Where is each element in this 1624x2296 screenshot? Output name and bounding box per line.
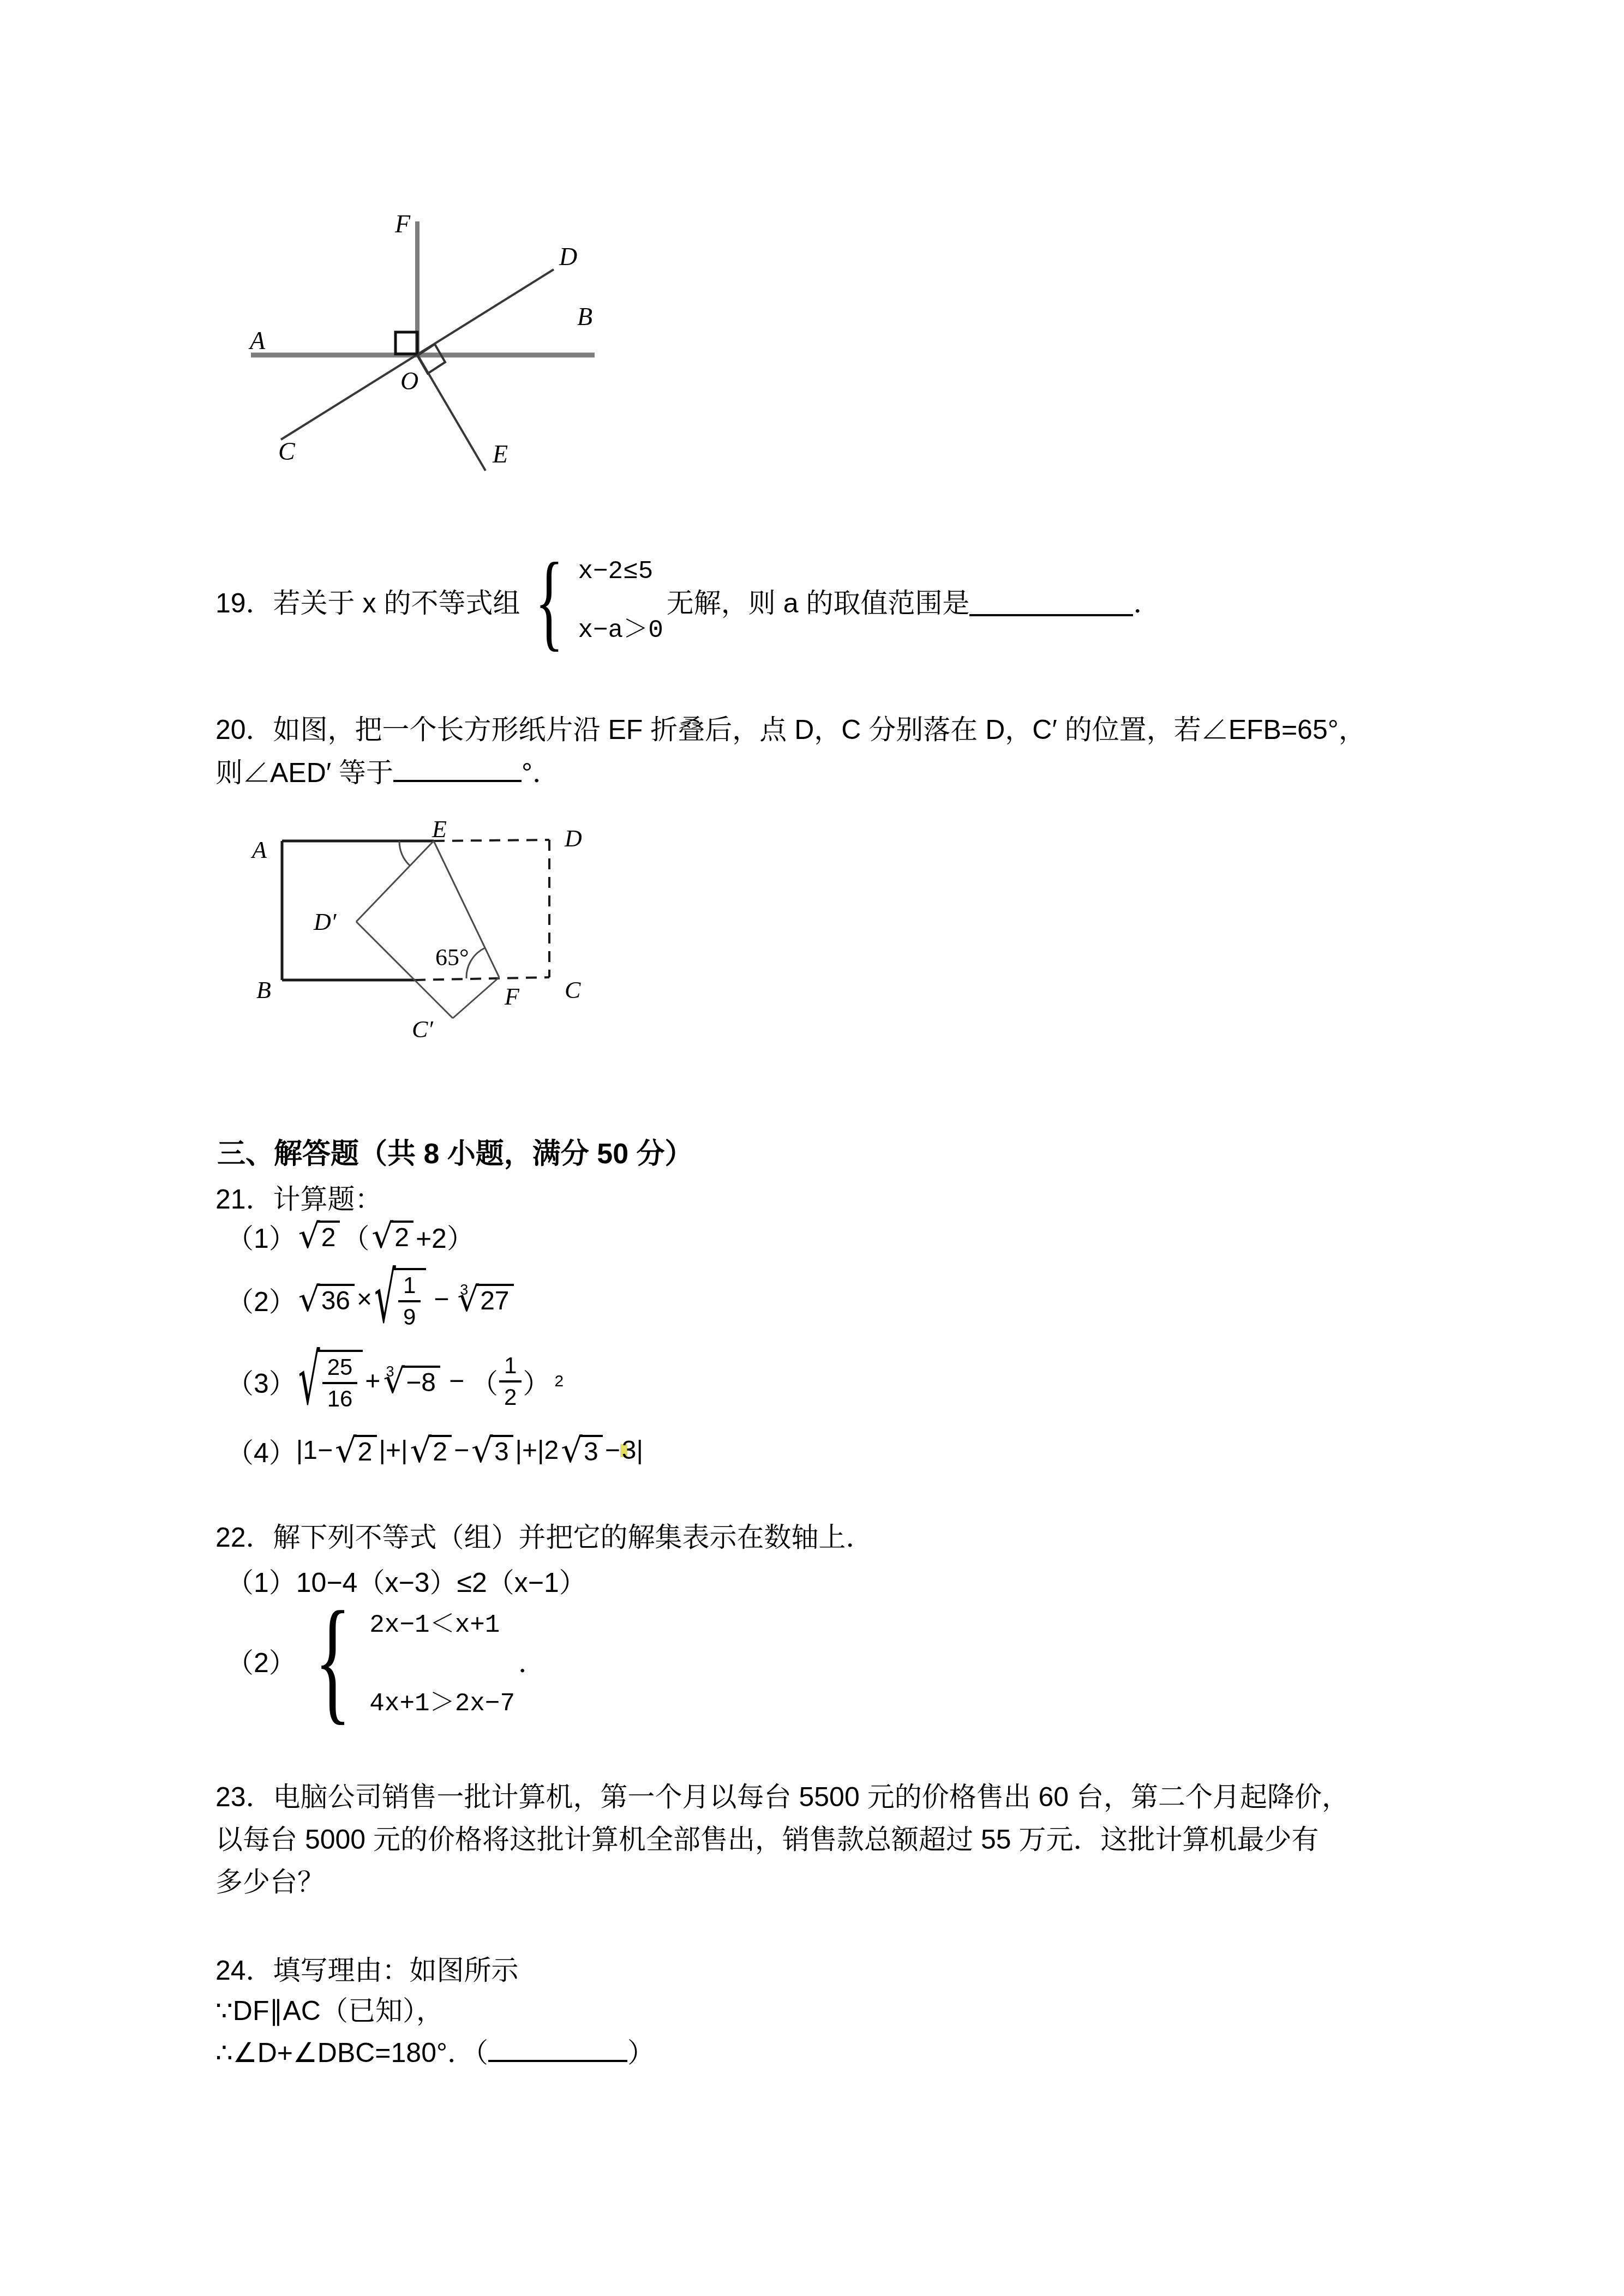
q23-line-3: 多少台？ (215, 1861, 1349, 1903)
left-brace: { (314, 1598, 351, 1723)
q21-item-3: （3） √2516 + 3√−8 − （ 12 ） 2 (226, 1342, 564, 1421)
cube-root-27: 3√27 (457, 1284, 513, 1315)
q21-item-4: （4） |1− √2 |+| √2 − √3 |+|2 √3 − 3| (226, 1425, 643, 1476)
q19-answer-blank (969, 586, 1133, 617)
sqrt-3: √3 (471, 1435, 513, 1466)
question-19: 19．若关于 x 的不等式组 { x−2≤5 x−a＞0 无解，则 a 的取值范… (215, 552, 1160, 650)
fraction-1-2: 12 (499, 1352, 522, 1410)
question-20: 20．如图，把一个长方形纸片沿 EF 折叠后，点 D，C 分别落在 D，C′ 的… (215, 708, 1366, 794)
point-label-F: F (394, 210, 411, 238)
cube-root-neg-8: 3√−8 (382, 1366, 440, 1397)
q22-item-2: （2） { 2x−1＜x+1 4x+1＞2x−7 ． (226, 1606, 546, 1715)
point-label-A: A (248, 327, 266, 354)
exam-page: F D A B O C E 19．若关于 x 的不等式组 { x−2≤5 x−a… (0, 0, 1624, 2296)
question-23: 23．电脑公司销售一批计算机，第一个月以每台 5500 元的价格售出 60 台，… (215, 1776, 1349, 1903)
q19-period: ． (1133, 581, 1160, 621)
point-label-A: A (250, 837, 267, 863)
figure-lines-through-point-O: F D A B O C E (240, 206, 600, 501)
root-index: 3 (386, 1363, 394, 1380)
dashed-edge-FC (415, 977, 549, 980)
right-angle-mark-DOE (417, 344, 445, 374)
radical-sign: √ (298, 1348, 320, 1413)
q23-line-2: 以每台 5000 元的价格将这批计算机全部售出，销售款总额超过 55 万元．这批… (215, 1818, 1349, 1861)
point-label-F: F (504, 983, 520, 1010)
point-label-O: O (400, 367, 418, 395)
dashed-edge-ED (434, 840, 549, 841)
angle-arc-at-E (399, 841, 410, 865)
fold-line-Cprime-F (453, 977, 499, 1018)
point-label-B: B (577, 303, 592, 330)
q22-item-1: （1）10−4（x−3）≤2（x−1） (226, 1557, 586, 1603)
sqrt-fraction-25-16: √2516 (298, 1350, 363, 1412)
q23-line-1: 23．电脑公司销售一批计算机，第一个月以每台 5500 元的价格售出 60 台，… (215, 1776, 1349, 1818)
q19-text-suffix: 无解，则 a 的取值范围是 (667, 581, 970, 621)
question-24: 24．填写理由：如图所示 ∵DF∥AC（已知）， ∴∠D+∠DBC=180°．（… (215, 1950, 655, 2073)
sqrt-2: √2 (410, 1435, 452, 1466)
q24-line-1: 24．填写理由：如图所示 (215, 1950, 655, 1991)
point-label-D-prime: D′ (313, 909, 337, 935)
q20-line-1: 20．如图，把一个长方形纸片沿 EF 折叠后，点 D，C 分别落在 D，C′ 的… (215, 708, 1366, 751)
q20-answer-blank (393, 751, 522, 782)
q21-item-2: （2） √36 × √19 − 3√27 (226, 1263, 516, 1336)
point-label-C: C (565, 977, 581, 1003)
point-label-B: B (256, 977, 271, 1003)
point-label-E: E (492, 440, 508, 468)
point-label-C: C (278, 437, 296, 465)
root-index: 3 (460, 1282, 468, 1299)
q19-inequality-1: x−2≤5 (578, 557, 663, 586)
q24-line-3: ∴∠D+∠DBC=180°．（） (215, 2031, 655, 2073)
point-label-C-prime: C′ (412, 1016, 434, 1043)
q19-inequality-system: { x−2≤5 x−a＞0 (523, 552, 663, 650)
q22-inequality-system: { 2x−1＜x+1 4x+1＞2x−7 (299, 1598, 515, 1723)
q21-item-1: （1） √2 （ √2 +2） (226, 1212, 474, 1261)
q22-inequality-1: 2x−1＜x+1 (369, 1603, 515, 1639)
point-label-D: D (559, 243, 577, 271)
left-brace: { (535, 552, 564, 650)
right-angle-mark-AOF (395, 332, 417, 354)
sqrt-36: √36 (298, 1284, 355, 1315)
sqrt-2: √2 (298, 1221, 340, 1252)
point-label-E: E (432, 816, 447, 843)
q19-inequality-2: x−a＞0 (578, 609, 663, 645)
q19-text-prefix: 19．若关于 x 的不等式组 (215, 581, 520, 621)
exponent-2: 2 (554, 1372, 564, 1391)
sqrt-fraction-1-9: √19 (374, 1268, 426, 1330)
angle-65-label: 65° (435, 944, 469, 971)
q24-line-2: ∵DF∥AC（已知）， (215, 1991, 655, 2031)
section-3-heading: 三、解答题（共 8 小题，满分 50 分） (217, 1133, 693, 1175)
figure-folded-rectangle: A E D D′ B F C C′ 65° (240, 815, 600, 1050)
point-label-D: D (564, 825, 582, 852)
q24-reason-blank (488, 2031, 627, 2062)
radical-sign: √ (374, 1266, 396, 1331)
q22-inequality-2: 4x+1＞2x−7 (369, 1682, 515, 1718)
sqrt-2: √2 (335, 1435, 377, 1466)
sqrt-3: √3 (561, 1435, 603, 1466)
question-22-title: 22．解下列不等式（组）并把它的解集表示在数轴上． (215, 1516, 873, 1559)
sqrt-2: √2 (371, 1221, 414, 1252)
q20-line-2: 则∠AED′ 等于°． (215, 751, 1366, 794)
fold-line-ED-prime (356, 841, 434, 922)
angle-arc-at-F (466, 948, 485, 978)
